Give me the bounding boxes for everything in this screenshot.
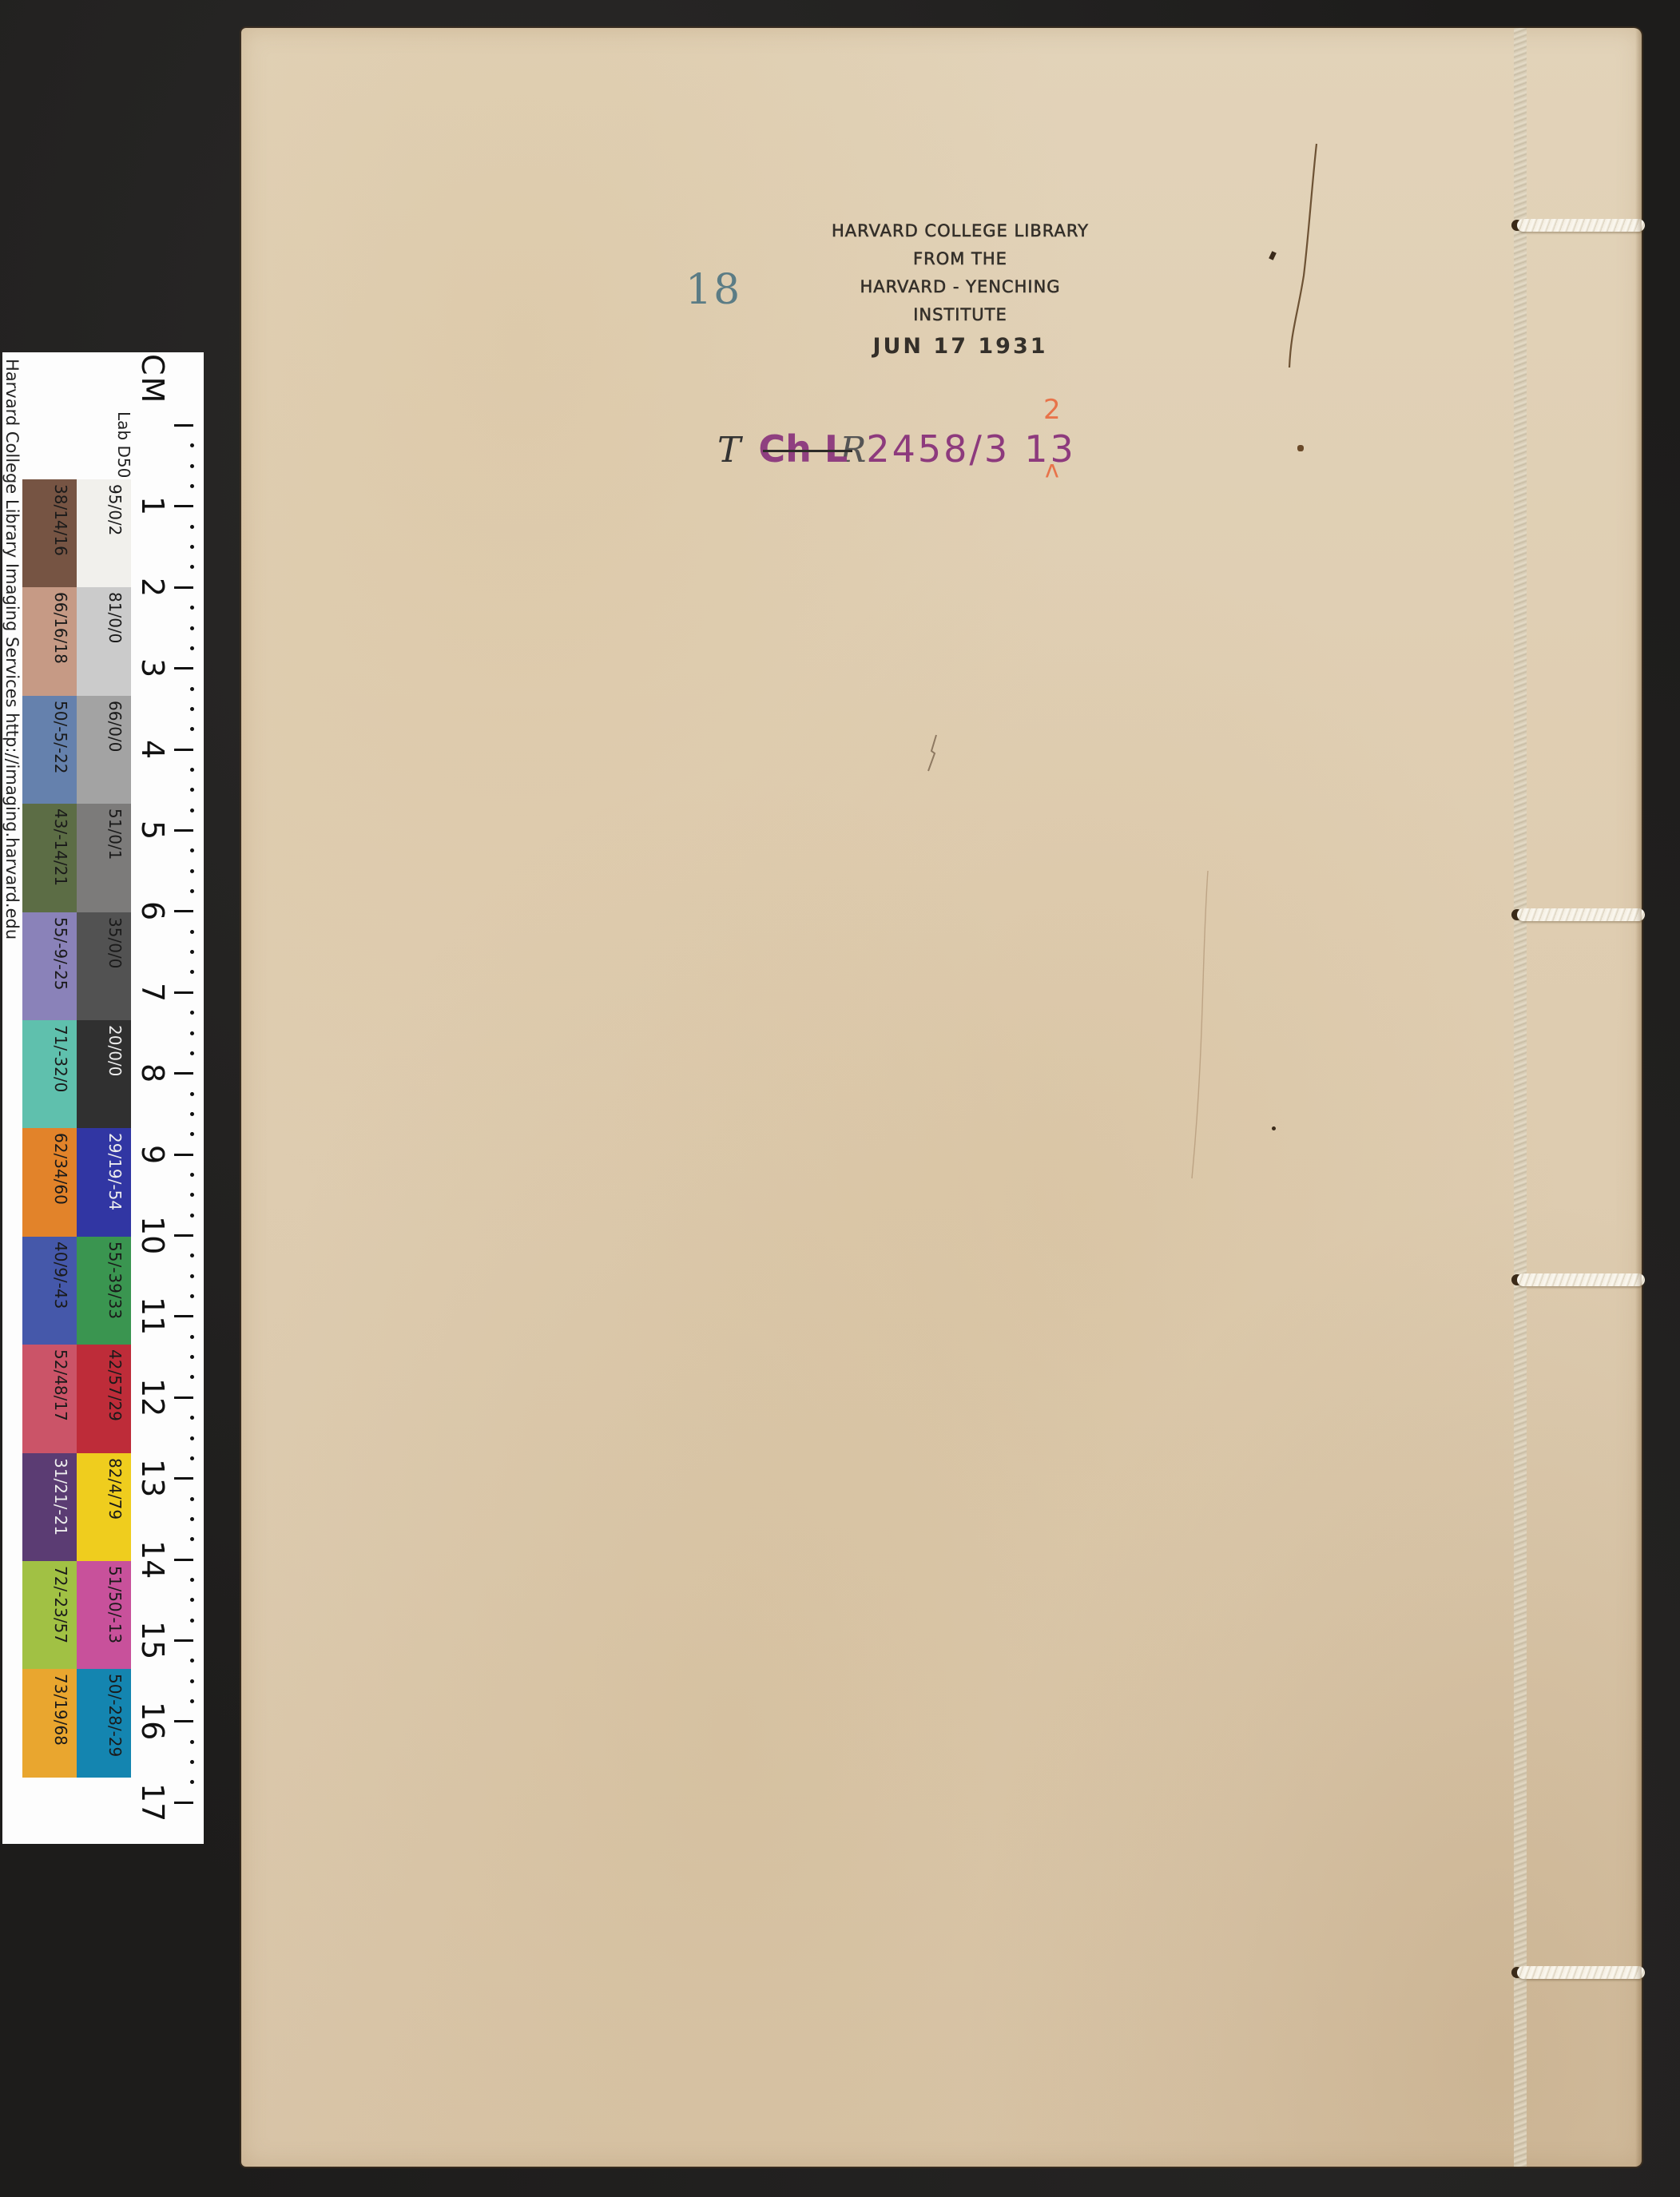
ruler-tick: [174, 1559, 193, 1561]
ruler-number: 16: [135, 1702, 170, 1740]
color-swatch: 31/21/-21: [22, 1453, 77, 1562]
color-swatch: 35/0/0: [77, 912, 131, 1021]
red-pencil-superscript: 2: [1043, 394, 1061, 426]
ruler-number: 9: [135, 1145, 170, 1164]
ruler-dot: [190, 1274, 194, 1278]
color-swatch: 50/-5/-22: [22, 696, 77, 805]
swatch-lab-value: 42/57/29: [105, 1349, 125, 1421]
stamp-line-4: INSTITUTE: [800, 301, 1120, 329]
ruler-number: 1: [135, 496, 170, 515]
ruler-number: 13: [135, 1459, 170, 1497]
ruler-tick: [174, 1639, 193, 1642]
ruler-dot: [190, 950, 194, 954]
ruler-dot: [190, 1051, 194, 1055]
color-swatch: 71/-32/0: [22, 1020, 77, 1129]
ruler-dot: [190, 464, 194, 468]
swatch-lab-value: 51/50/-13: [105, 1566, 125, 1643]
binding-stitch: [1517, 1966, 1645, 1979]
ruler-dot: [190, 1456, 194, 1460]
binding-stitch: [1517, 219, 1645, 232]
ruler-tick: [174, 829, 193, 832]
ruler-dot: [190, 707, 194, 711]
ruler-dot: [190, 1740, 194, 1744]
ruler-tick: [174, 1396, 193, 1399]
ruler-dot: [190, 1497, 194, 1501]
ruler-number: 17: [135, 1783, 170, 1822]
color-swatch: 50/-28/-29: [77, 1669, 131, 1778]
ruler-tick: [174, 910, 193, 912]
color-swatch: 29/19/-54: [77, 1128, 131, 1237]
ruler-dot: [190, 1537, 194, 1541]
ruler-number: 10: [135, 1216, 170, 1254]
paper-hairline-mark: [1184, 867, 1216, 1186]
swatch-lab-value: 82/4/79: [105, 1458, 125, 1520]
ruler-dot: [190, 1214, 194, 1218]
stamp-line-2: FROM THE: [800, 245, 1120, 273]
paper-fiber-mark: [1280, 140, 1328, 379]
ruler-dot: [190, 1173, 194, 1177]
color-swatch: 72/-23/57: [22, 1561, 77, 1670]
swatch-lab-value: 95/0/2: [105, 484, 125, 535]
color-swatch: 55/-9/-25: [22, 912, 77, 1021]
red-pencil-caret: v: [1045, 458, 1059, 486]
ink-speck: [1297, 445, 1304, 451]
ruler-dot: [190, 970, 194, 974]
swatch-lab-value: 40/9/-43: [51, 1242, 70, 1309]
ruler-dot: [190, 1092, 194, 1096]
ruler-dot: [190, 1011, 194, 1015]
stamp-line-1: HARVARD COLLEGE LIBRARY: [800, 217, 1120, 245]
swatch-lab-value: 71/-32/0: [51, 1025, 70, 1092]
ruler-dot: [190, 1598, 194, 1602]
color-swatch: 55/-39/33: [77, 1237, 131, 1345]
ruler-dot: [190, 1780, 194, 1784]
ruler-dot: [190, 545, 194, 549]
ruler-dot: [190, 565, 194, 569]
ruler-dot: [190, 1699, 194, 1703]
ruler-dot: [190, 1375, 194, 1379]
paper-scratch-mark: [920, 731, 944, 779]
ruler-dot: [190, 1436, 194, 1440]
ruler-number: 11: [135, 1297, 170, 1335]
color-swatch: 52/48/17: [22, 1345, 77, 1453]
ruler-dot: [190, 1416, 194, 1420]
color-swatch: 20/0/0: [77, 1020, 131, 1129]
color-calibration-target: Harvard College Library Imaging Services…: [2, 352, 204, 1844]
color-swatch: 73/19/68: [22, 1669, 77, 1778]
ruler-dot: [190, 626, 194, 630]
ruler-number: 7: [135, 983, 170, 1002]
ruler-dot: [190, 1112, 194, 1116]
book-cover: 18 HARVARD COLLEGE LIBRARY FROM THE HARV…: [241, 28, 1642, 2167]
swatch-lab-value: 55/-9/-25: [51, 917, 70, 991]
color-swatch: 42/57/29: [77, 1345, 131, 1453]
color-swatch: 66/0/0: [77, 696, 131, 805]
accession-number: 18: [685, 266, 741, 314]
ruler-dot: [190, 1578, 194, 1582]
ruler-dot: [190, 848, 194, 852]
ruler-tick: [174, 424, 193, 427]
swatch-lab-value: 55/-39/33: [105, 1242, 125, 1319]
swatch-lab-value: 81/0/0: [105, 592, 125, 643]
ink-speck: [1272, 1126, 1276, 1130]
ruler-dot: [190, 889, 194, 893]
ruler-dot: [190, 687, 194, 691]
color-swatch: 62/34/60: [22, 1128, 77, 1237]
ruler-tick: [174, 586, 193, 589]
ruler-number: 6: [135, 901, 170, 920]
color-swatch: 95/0/2: [77, 479, 131, 588]
ruler-number: 3: [135, 658, 170, 677]
ruler-dot: [190, 1619, 194, 1623]
ruler-number: 15: [135, 1621, 170, 1659]
ruler-number: 4: [135, 740, 170, 759]
ruler-tick: [174, 1477, 193, 1480]
swatch-lab-value: 38/14/16: [51, 484, 70, 556]
ruler-tick: [174, 749, 193, 751]
binding-stitch: [1517, 908, 1645, 921]
spine-binding-thread: [1514, 28, 1527, 2167]
swatch-lab-value: 50/-5/-22: [51, 701, 70, 774]
stamp-date: JUN 17 1931: [800, 331, 1120, 363]
binding-stitch: [1517, 1273, 1645, 1286]
ruler-tick: [174, 505, 193, 507]
swatch-lab-value: 51/0/1: [105, 808, 125, 860]
color-swatch: 51/50/-13: [77, 1561, 131, 1670]
ruler-dot: [190, 1294, 194, 1298]
swatch-lab-value: 66/16/18: [51, 592, 70, 664]
call-number-main: 2458/3: [866, 427, 1010, 471]
swatch-lab-value: 29/19/-54: [105, 1133, 125, 1210]
ruler-dot: [190, 768, 194, 772]
ruler-tick: [174, 1315, 193, 1317]
color-swatch: 38/14/16: [22, 479, 77, 588]
ruler-tick: [174, 1234, 193, 1237]
ruler-tick: [174, 1802, 193, 1804]
ruler-dot: [190, 808, 194, 812]
ruler-number: 8: [135, 1063, 170, 1083]
ruler-dot: [190, 1132, 194, 1136]
ruler-dot: [190, 1679, 194, 1683]
imaging-credit: Harvard College Library Imaging Services…: [2, 359, 22, 940]
call-number-struck-prefix: Ch L: [758, 427, 848, 471]
swatch-lab-value: 62/34/60: [51, 1133, 70, 1205]
ruler-dot: [190, 606, 194, 610]
ruler-dot: [190, 646, 194, 650]
swatch-lab-value: 73/19/68: [51, 1674, 70, 1746]
ruler-tick: [174, 1720, 193, 1722]
ruler-tick: [174, 1154, 193, 1156]
color-swatch: 51/0/1: [77, 804, 131, 912]
ruler-dot: [190, 1659, 194, 1663]
swatch-lab-value: 20/0/0: [105, 1025, 125, 1076]
swatch-lab-value: 43/-14/21: [51, 808, 70, 886]
ruler-dot: [190, 1031, 194, 1035]
ruler-dot: [190, 1760, 194, 1764]
ink-speck: [1269, 251, 1277, 260]
ruler-tick: [174, 991, 193, 994]
ruler-number: 2: [135, 578, 170, 597]
color-swatch: 40/9/-43: [22, 1237, 77, 1345]
ruler-dot: [190, 788, 194, 792]
ruler-dot: [190, 1193, 194, 1197]
swatch-lab-value: 52/48/17: [51, 1349, 70, 1421]
spine-edge-shadow: [1635, 28, 1642, 2167]
ruler-dot: [190, 1335, 194, 1339]
stamp-line-3: HARVARD - YENCHING: [800, 273, 1120, 301]
ruler-dot: [190, 484, 194, 488]
swatch-lab-value: 35/0/0: [105, 917, 125, 968]
color-swatch: 43/-14/21: [22, 804, 77, 912]
color-swatch: 81/0/0: [77, 587, 131, 696]
color-swatch: 66/16/18: [22, 587, 77, 696]
ruler-dot: [190, 727, 194, 731]
swatch-lab-value: 50/-28/-29: [105, 1674, 125, 1757]
ruler-number: 12: [135, 1378, 170, 1416]
ruler-number: 14: [135, 1540, 170, 1579]
call-number-prefix: T: [717, 430, 741, 471]
ruler-tick: [174, 1072, 193, 1075]
swatch-lab-value: 72/-23/57: [51, 1566, 70, 1643]
swatch-lab-value: 66/0/0: [105, 701, 125, 752]
ruler-dot: [190, 525, 194, 529]
ruler-tick: [174, 667, 193, 669]
ruler-dot: [190, 869, 194, 873]
ruler-dot: [190, 443, 194, 447]
ruler-number: 5: [135, 820, 170, 840]
ruler-dot: [190, 1517, 194, 1521]
library-acquisition-stamp: HARVARD COLLEGE LIBRARY FROM THE HARVARD…: [800, 217, 1120, 363]
call-number: TCh LR2458/313: [717, 427, 1076, 483]
ruler-dot: [190, 1355, 194, 1359]
ruler-unit-label: CM: [135, 354, 170, 404]
ruler-dot: [190, 930, 194, 934]
swatch-lab-value: 31/21/-21: [51, 1458, 70, 1536]
ruler-dot: [190, 1253, 194, 1257]
color-swatch: 82/4/79: [77, 1453, 131, 1562]
